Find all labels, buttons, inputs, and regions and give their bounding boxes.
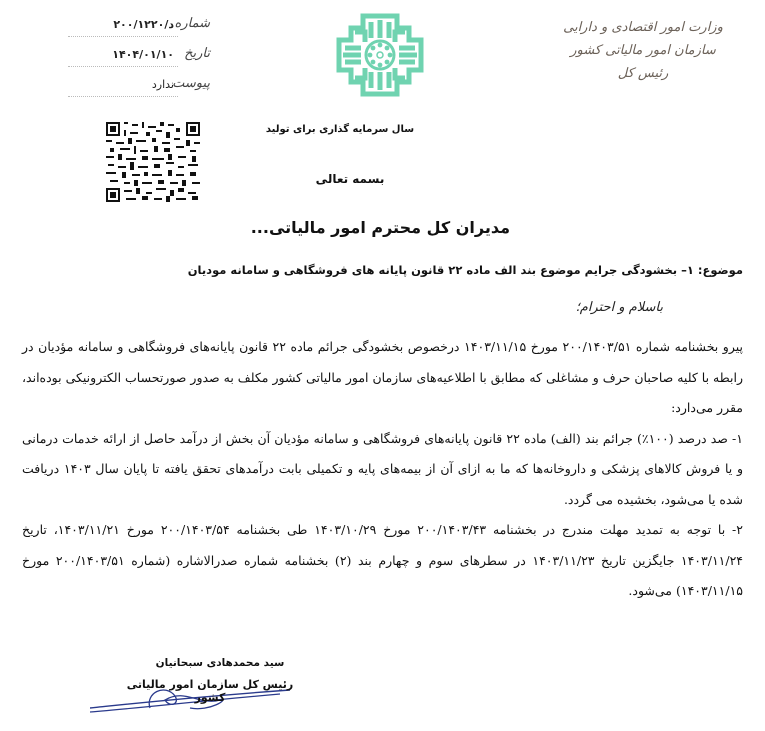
meta-attachment: پیوست ندارد [60, 74, 210, 104]
dotted-line [68, 66, 178, 67]
greeting: باسلام و احترام؛ [576, 300, 663, 315]
subject-line: موضوع: ۱– بخشودگی جرایم موضوع بند الف ما… [188, 263, 743, 277]
meta-attachment-label: پیوست [172, 76, 210, 91]
office-title: رئیس کل [543, 62, 743, 85]
letter-body: پیرو بخشنامه شماره ۲۰۰/۱۴۰۳/۵۱ مورخ ۱۴۰۳… [22, 332, 743, 607]
year-slogan: سال سرمایه گذاری برای تولید [240, 124, 440, 135]
meta-attachment-value: ندارد [152, 78, 174, 91]
dotted-line [68, 36, 178, 37]
signatory-title: رئیس کل سازمان امور مالیاتی کشور [120, 678, 300, 704]
organization-name: سازمان امور مالیاتی کشور [543, 39, 743, 62]
ministry-name: وزارت امور اقتصادی و دارایی [543, 16, 743, 39]
meta-date-value: ۱۴۰۴/۰۱/۱۰ [112, 48, 174, 61]
dotted-line [68, 96, 178, 97]
addressee: مدیران کل محترم امور مالیاتی... [251, 218, 510, 237]
letter-meta: شماره د/۲۰۰/۱۲۲۰ تاریخ ۱۴۰۴/۰۱/۱۰ پیوست … [60, 14, 210, 104]
body-paragraph-item-2: ۲- با توجه به تمدید مهلت مندرج در بخشنام… [22, 515, 743, 607]
signatory-name: سید محمدهادی سبحانیان [150, 657, 290, 669]
bismillah: بسمه تعالی [290, 172, 410, 186]
body-paragraph-intro: پیرو بخشنامه شماره ۲۰۰/۱۴۰۳/۵۱ مورخ ۱۴۰۳… [22, 332, 743, 424]
organization-logo-icon [333, 10, 427, 100]
meta-number: شماره د/۲۰۰/۱۲۲۰ [60, 14, 210, 44]
meta-date-label: تاریخ [184, 46, 210, 61]
qr-code-icon [106, 122, 200, 202]
ministry-header: وزارت امور اقتصادی و دارایی سازمان امور … [543, 16, 743, 85]
meta-number-value: د/۲۰۰/۱۲۲۰ [113, 18, 174, 31]
meta-number-label: شماره [175, 16, 210, 31]
body-paragraph-item-1: ۱- صد درصد (۱۰۰٪) جرائم بند (الف) ماده ۲… [22, 424, 743, 516]
meta-date: تاریخ ۱۴۰۴/۰۱/۱۰ [60, 44, 210, 74]
